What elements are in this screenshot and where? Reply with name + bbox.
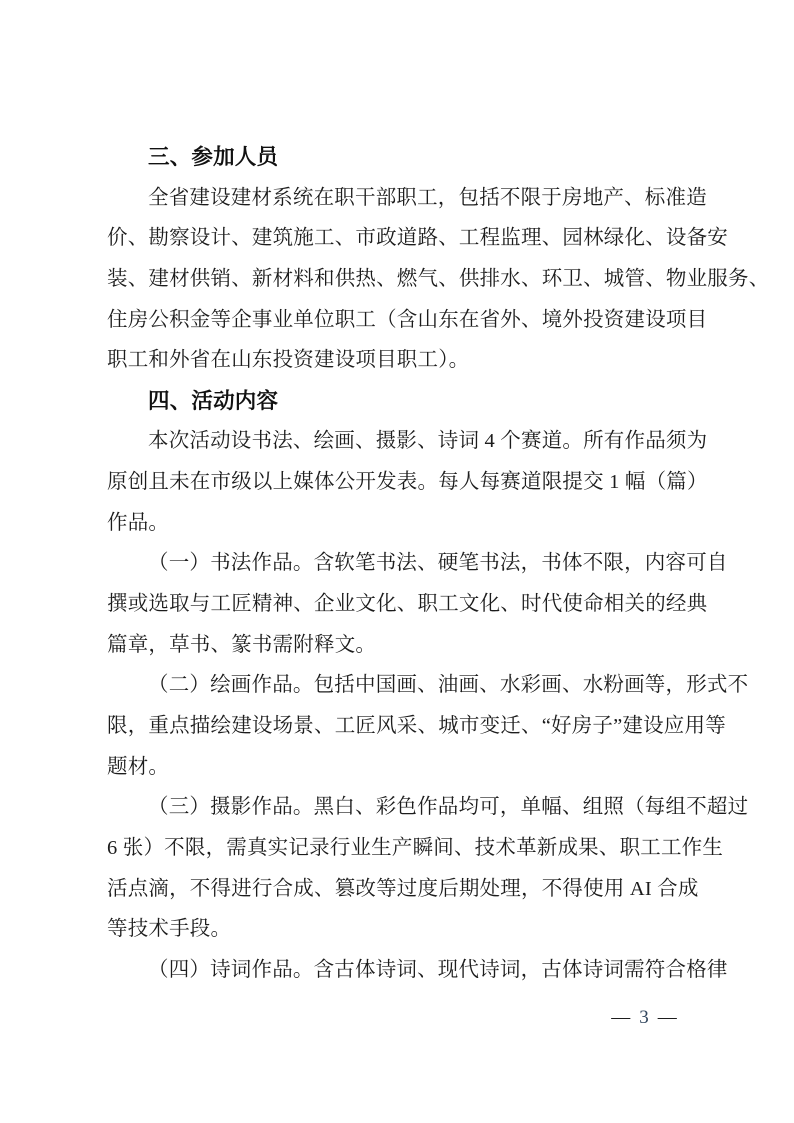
page-number-value: 3	[639, 1007, 649, 1028]
text-line: 题材。	[107, 747, 688, 788]
text-line-painting: （二）绘画作品。包括中国画、油画、水彩画、水粉画等，形式不	[107, 665, 688, 706]
text-line: 限，重点描绘建设场景、工匠风采、城市变迁、“好房子”建设应用等	[107, 706, 688, 747]
text-line: 本次活动设书法、绘画、摄影、诗词 4 个赛道。所有作品须为	[107, 421, 688, 462]
text-line: 价、勘察设计、建筑施工、市政道路、工程监理、园林绿化、设备安	[107, 218, 688, 259]
section-heading-participants: 三、参加人员	[107, 137, 688, 178]
document-body: 三、参加人员 全省建设建材系统在职干部职工，包括不限于房地产、标准造 价、勘察设…	[107, 137, 688, 990]
text-line: 作品。	[107, 503, 688, 544]
section-heading-activity-content: 四、活动内容	[107, 381, 688, 422]
text-line: 等技术手段。	[107, 909, 688, 950]
page-number: —3—	[596, 1001, 692, 1035]
page-number-dash-right: —	[649, 1007, 686, 1028]
text-line-calligraphy: （一）书法作品。含软笔书法、硬笔书法，书体不限，内容可自	[107, 543, 688, 584]
text-line: 活点滴，不得进行合成、篡改等过度后期处理，不得使用 AI 合成	[107, 869, 688, 910]
page-number-dash-left: —	[602, 1007, 639, 1028]
text-line: 住房公积金等企事业单位职工（含山东在省外、境外投资建设项目	[107, 300, 688, 341]
text-line: 6 张）不限，需真实记录行业生产瞬间、技术革新成果、职工工作生	[107, 828, 688, 869]
text-line-photography: （三）摄影作品。黑白、彩色作品均可，单幅、组照（每组不超过	[107, 787, 688, 828]
text-line: 职工和外省在山东投资建设项目职工）。	[107, 340, 688, 381]
document-page: 三、参加人员 全省建设建材系统在职干部职工，包括不限于房地产、标准造 价、勘察设…	[0, 0, 794, 1123]
text-line-poetry: （四）诗词作品。含古体诗词、现代诗词，古体诗词需符合格律	[107, 950, 688, 991]
text-line: 撰或选取与工匠精神、企业文化、职工文化、时代使命相关的经典	[107, 584, 688, 625]
text-line: 装、建材供销、新材料和供热、燃气、供排水、环卫、城管、物业服务、	[107, 259, 688, 300]
text-line: 全省建设建材系统在职干部职工，包括不限于房地产、标准造	[107, 178, 688, 219]
text-line: 原创且未在市级以上媒体公开发表。每人每赛道限提交 1 幅（篇）	[107, 462, 688, 503]
text-line: 篇章，草书、篆书需附释文。	[107, 625, 688, 666]
